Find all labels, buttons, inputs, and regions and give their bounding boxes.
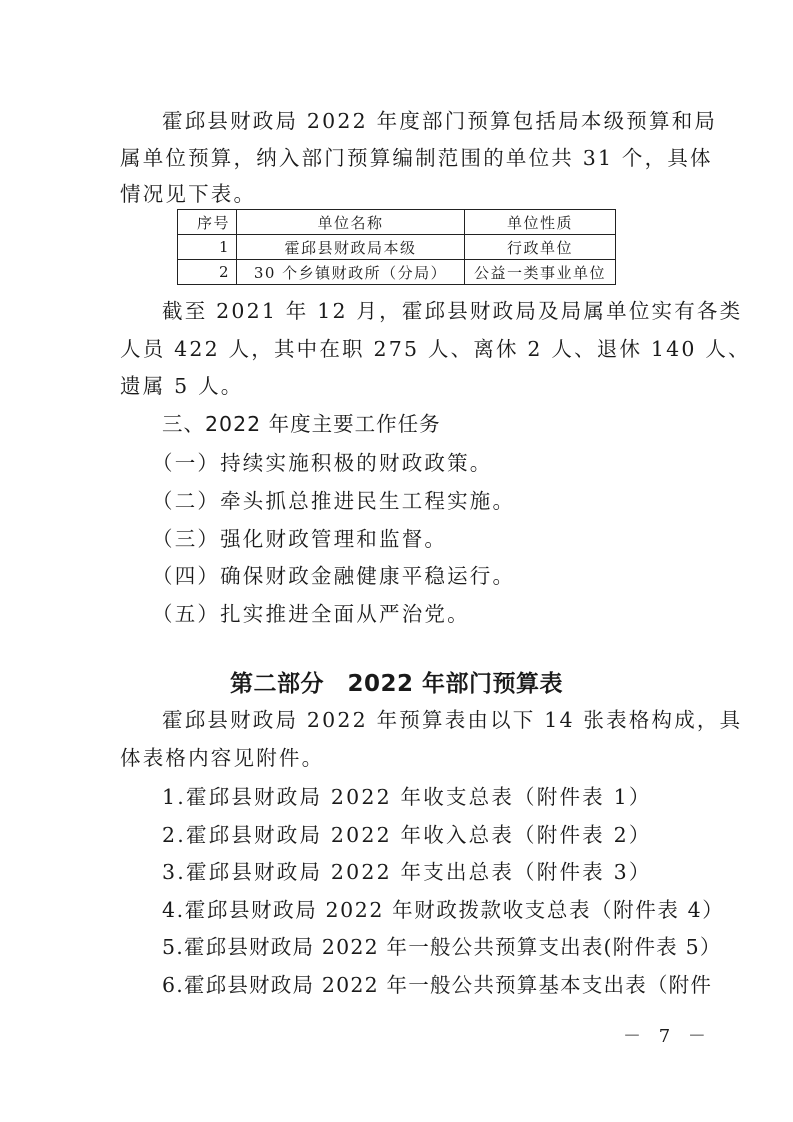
header-cell: 单位性质: [465, 210, 616, 235]
page-number: － 7 －: [623, 1022, 712, 1048]
paragraph-line: 情况见下表。: [120, 184, 680, 204]
table-cell: 2: [178, 260, 237, 285]
part-title: 第二部分 2022 年部门预算表: [0, 672, 793, 696]
table-cell: 霍邱县财政局本级: [237, 235, 465, 260]
task-item: （一）持续实施积极的财政政策。: [152, 453, 712, 473]
task-item: （三）强化财政管理和监督。: [152, 529, 712, 549]
table-list-item: 6.霍邱县财政局 2022 年一般公共预算基本支出表（附件: [162, 975, 722, 995]
table-cell: 公益一类事业单位: [465, 260, 616, 285]
paragraph-line: 霍邱县财政局 2022 年度部门预算包括局本级预算和局: [162, 111, 680, 131]
table-cell: 行政单位: [465, 235, 616, 260]
table-list-item: 5.霍邱县财政局 2022 年一般公共预算支出表(附件表 5）: [162, 937, 722, 957]
paragraph-line: 人员 422 人，其中在职 275 人、离休 2 人、退休 140 人、: [120, 339, 680, 359]
header-cell: 序号: [178, 210, 237, 235]
table-list-item: 2.霍邱县财政局 2022 年收入总表（附件表 2）: [162, 825, 722, 845]
table-row: 2 30 个乡镇财政所（分局） 公益一类事业单位: [178, 260, 616, 285]
paragraph-line: 体表格内容见附件。: [120, 748, 680, 768]
section-heading: 三、2022 年度主要工作任务: [162, 414, 722, 434]
table-row: 1 霍邱县财政局本级 行政单位: [178, 235, 616, 260]
table-list-item: 4.霍邱县财政局 2022 年财政拨款收支总表（附件表 4）: [162, 900, 722, 920]
paragraph-line: 属单位预算，纳入部门预算编制范围的单位共 31 个，具体: [120, 148, 680, 168]
paragraph-line: 截至 2021 年 12 月，霍邱县财政局及局属单位实有各类: [162, 301, 680, 321]
table-list-item: 3.霍邱县财政局 2022 年支出总表（附件表 3）: [162, 862, 722, 882]
task-item: （二）牵头抓总推进民生工程实施。: [152, 491, 712, 511]
table-list-item: 1.霍邱县财政局 2022 年收支总表（附件表 1）: [162, 787, 722, 807]
units-table: 序号 单位名称 单位性质 1 霍邱县财政局本级 行政单位 2 30 个乡镇财政所…: [177, 209, 616, 285]
task-item: （四）确保财政金融健康平稳运行。: [152, 566, 712, 586]
paragraph-line: 遗属 5 人。: [120, 376, 680, 396]
paragraph-line: 霍邱县财政局 2022 年预算表由以下 14 张表格构成，具: [162, 710, 680, 730]
header-cell: 单位名称: [237, 210, 465, 235]
table-header-row: 序号 单位名称 单位性质: [178, 210, 616, 235]
table-cell: 30 个乡镇财政所（分局）: [237, 260, 465, 285]
table-cell: 1: [178, 235, 237, 260]
task-item: （五）扎实推进全面从严治党。: [152, 604, 712, 624]
